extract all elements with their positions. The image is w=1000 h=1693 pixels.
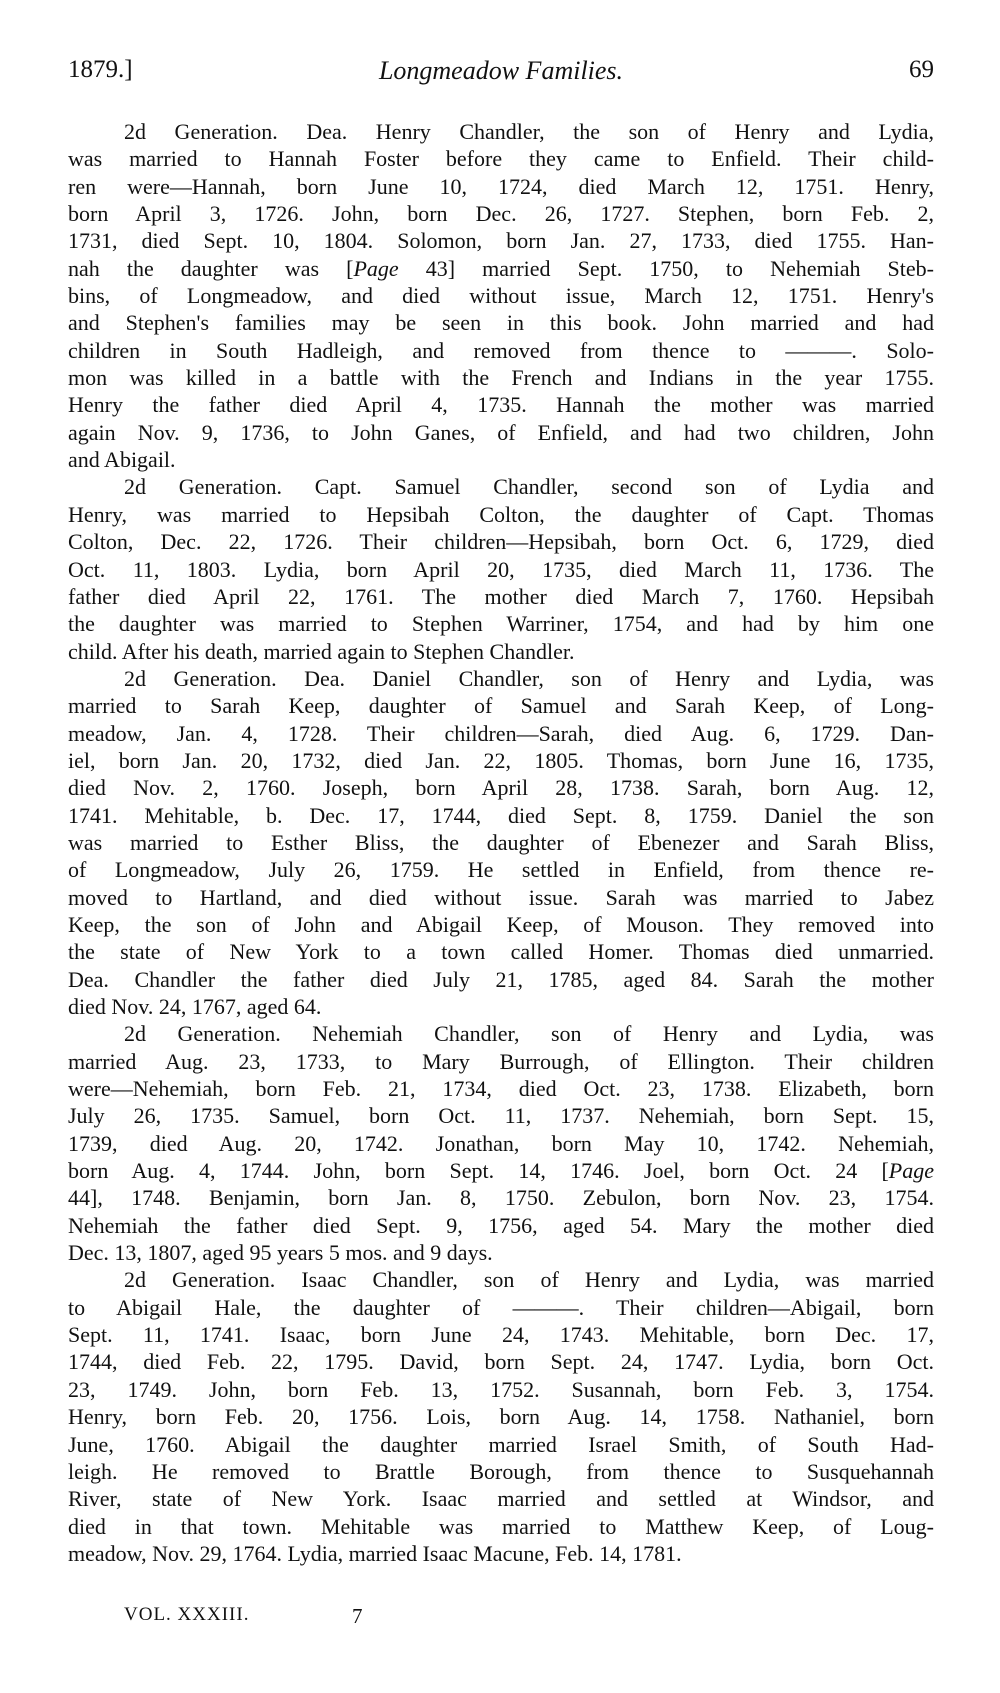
text-line-content: Henry, was married to Hepsibah Colton, t… bbox=[68, 501, 934, 528]
text-line: meadow, Nov. 29, 1764. Lydia, married Is… bbox=[68, 1540, 934, 1567]
text-line-content: born April 3, 1726. John, born Dec. 26, … bbox=[68, 200, 934, 227]
text-line: born Aug. 4, 1744. John, born Sept. 14, … bbox=[68, 1157, 934, 1184]
text-line-content: Keep, the son of John and Abigail Keep, … bbox=[68, 911, 934, 938]
text-line-content: died in that town. Mehitable was married… bbox=[68, 1513, 934, 1540]
text-line: meadow, Jan. 4, 1728. Their children—Sar… bbox=[68, 720, 934, 747]
text-line-content: meadow, Nov. 29, 1764. Lydia, married Is… bbox=[68, 1540, 934, 1567]
text-line-content: iel, born Jan. 20, 1732, died Jan. 22, 1… bbox=[68, 747, 934, 774]
text-line: of Longmeadow, July 26, 1759. He settled… bbox=[68, 856, 934, 883]
text-line: married Aug. 23, 1733, to Mary Burrough,… bbox=[68, 1048, 934, 1075]
text-line: again Nov. 9, 1736, to John Ganes, of En… bbox=[68, 419, 934, 446]
text-line-content: 1731, died Sept. 10, 1804. Solomon, born… bbox=[68, 227, 934, 254]
text-line: bins, of Longmeadow, and died without is… bbox=[68, 282, 934, 309]
text-line-content: the state of New York to a town called H… bbox=[68, 938, 934, 965]
text-line-content: and Abigail. bbox=[68, 446, 934, 473]
text-line-content: bins, of Longmeadow, and died without is… bbox=[68, 282, 934, 309]
page-number: 69 bbox=[909, 56, 934, 84]
text-line-content: 2d Generation. Dea. Daniel Chandler, son… bbox=[96, 665, 934, 692]
text-line-content: Oct. 11, 1803. Lydia, born April 20, 173… bbox=[68, 556, 934, 583]
text-line-content: 44], 1748. Benjamin, born Jan. 8, 1750. … bbox=[68, 1184, 934, 1211]
text-line: June, 1760. Abigail the daughter married… bbox=[68, 1431, 934, 1458]
text-line: father died April 22, 1761. The mother d… bbox=[68, 583, 934, 610]
text-line: 2d Generation. Isaac Chandler, son of He… bbox=[68, 1266, 934, 1293]
text-line: and Abigail. bbox=[68, 446, 934, 473]
text-line-content: father died April 22, 1761. The mother d… bbox=[68, 583, 934, 610]
text-line: 1741. Mehitable, b. Dec. 17, 1744, died … bbox=[68, 802, 934, 829]
text-line: was married to Esther Bliss, the daughte… bbox=[68, 829, 934, 856]
text-line-content: was married to Esther Bliss, the daughte… bbox=[68, 829, 934, 856]
running-header: 1879.] Longmeadow Families. 69 bbox=[68, 56, 934, 96]
text-line-content: children in South Hadleigh, and removed … bbox=[68, 337, 934, 364]
text-line: married to Sarah Keep, daughter of Samue… bbox=[68, 692, 934, 719]
text-line: Henry, born Feb. 20, 1756. Lois, born Au… bbox=[68, 1403, 934, 1430]
genealogy-paragraph: 2d Generation. Nehemiah Chandler, son of… bbox=[68, 1020, 934, 1266]
text-line-content: married Aug. 23, 1733, to Mary Burrough,… bbox=[68, 1048, 934, 1075]
text-line: Dec. 13, 1807, aged 95 years 5 mos. and … bbox=[68, 1239, 934, 1266]
text-line-content: Dec. 13, 1807, aged 95 years 5 mos. and … bbox=[68, 1239, 934, 1266]
text-line: was married to Hannah Foster before they… bbox=[68, 145, 934, 172]
text-line: ren were—Hannah, born June 10, 1724, die… bbox=[68, 173, 934, 200]
text-line: River, state of New York. Isaac married … bbox=[68, 1485, 934, 1512]
text-line: child. After his death, married again to… bbox=[68, 638, 934, 665]
text-line-content: Nehemiah the father died Sept. 9, 1756, … bbox=[68, 1212, 934, 1239]
page-body: 2d Generation. Dea. Henry Chandler, the … bbox=[68, 118, 934, 1567]
text-line-content: to Abigail Hale, the daughter of ———. Th… bbox=[68, 1294, 934, 1321]
text-line: 1739, died Aug. 20, 1742. Jonathan, born… bbox=[68, 1130, 934, 1157]
signature-number: 7 bbox=[352, 1604, 363, 1629]
text-line: 2d Generation. Dea. Henry Chandler, the … bbox=[68, 118, 934, 145]
text-line: Nehemiah the father died Sept. 9, 1756, … bbox=[68, 1212, 934, 1239]
text-line-content: ren were—Hannah, born June 10, 1724, die… bbox=[68, 173, 934, 200]
genealogy-paragraph: 2d Generation. Capt. Samuel Chandler, se… bbox=[68, 473, 934, 664]
page-reference: Page bbox=[353, 256, 398, 281]
text-line-content: Henry the father died April 4, 1735. Han… bbox=[68, 391, 934, 418]
text-line-content: meadow, Jan. 4, 1728. Their children—Sar… bbox=[68, 720, 934, 747]
genealogy-paragraph: 2d Generation. Dea. Henry Chandler, the … bbox=[68, 118, 934, 473]
text-line-content: River, state of New York. Isaac married … bbox=[68, 1485, 934, 1512]
text-line: 2d Generation. Dea. Daniel Chandler, son… bbox=[68, 665, 934, 692]
text-line-content: born Aug. 4, 1744. John, born Sept. 14, … bbox=[68, 1157, 934, 1184]
text-line-content: leigh. He removed to Brattle Borough, fr… bbox=[68, 1458, 934, 1485]
text-line-content: child. After his death, married again to… bbox=[68, 638, 934, 665]
text-line-content: 2d Generation. Isaac Chandler, son of He… bbox=[96, 1266, 934, 1293]
text-line: leigh. He removed to Brattle Borough, fr… bbox=[68, 1458, 934, 1485]
genealogy-paragraph: 2d Generation. Isaac Chandler, son of He… bbox=[68, 1266, 934, 1567]
text-line-content: and Stephen's families may be seen in th… bbox=[68, 309, 934, 336]
text-line: moved to Hartland, and died without issu… bbox=[68, 884, 934, 911]
text-line: 2d Generation. Capt. Samuel Chandler, se… bbox=[68, 473, 934, 500]
text-line: were—Nehemiah, born Feb. 21, 1734, died … bbox=[68, 1075, 934, 1102]
text-line: the state of New York to a town called H… bbox=[68, 938, 934, 965]
text-line-content: Henry, born Feb. 20, 1756. Lois, born Au… bbox=[68, 1403, 934, 1430]
text-line-content: 1744, died Feb. 22, 1795. David, born Se… bbox=[68, 1348, 934, 1375]
text-line-content: were—Nehemiah, born Feb. 21, 1734, died … bbox=[68, 1075, 934, 1102]
text-line: Dea. Chandler the father died July 21, 1… bbox=[68, 966, 934, 993]
text-line-content: 2d Generation. Capt. Samuel Chandler, se… bbox=[96, 473, 934, 500]
text-line: 1744, died Feb. 22, 1795. David, born Se… bbox=[68, 1348, 934, 1375]
text-line-content: married to Sarah Keep, daughter of Samue… bbox=[68, 692, 934, 719]
text-line: to Abigail Hale, the daughter of ———. Th… bbox=[68, 1294, 934, 1321]
text-line-content: June, 1760. Abigail the daughter married… bbox=[68, 1431, 934, 1458]
text-line: Henry, was married to Hepsibah Colton, t… bbox=[68, 501, 934, 528]
text-line: died Nov. 2, 1760. Joseph, born April 28… bbox=[68, 774, 934, 801]
text-line: Colton, Dec. 22, 1726. Their children—He… bbox=[68, 528, 934, 555]
text-line-content: Dea. Chandler the father died July 21, 1… bbox=[68, 966, 934, 993]
text-line: mon was killed in a battle with the Fren… bbox=[68, 364, 934, 391]
volume-signature: VOL. XXXIII. bbox=[124, 1604, 249, 1626]
genealogy-paragraph: 2d Generation. Dea. Daniel Chandler, son… bbox=[68, 665, 934, 1020]
text-line: nah the daughter was [Page 43] married S… bbox=[68, 255, 934, 282]
text-line: Sept. 11, 1741. Isaac, born June 24, 174… bbox=[68, 1321, 934, 1348]
text-line: died in that town. Mehitable was married… bbox=[68, 1513, 934, 1540]
text-line-content: Sept. 11, 1741. Isaac, born June 24, 174… bbox=[68, 1321, 934, 1348]
text-line: July 26, 1735. Samuel, born Oct. 11, 173… bbox=[68, 1102, 934, 1129]
text-line: the daughter was married to Stephen Warr… bbox=[68, 610, 934, 637]
running-title: Longmeadow Families. bbox=[68, 56, 934, 86]
text-line-content: again Nov. 9, 1736, to John Ganes, of En… bbox=[68, 419, 934, 446]
text-line-content: nah the daughter was [Page 43] married S… bbox=[68, 255, 934, 282]
text-line-content: of Longmeadow, July 26, 1759. He settled… bbox=[68, 856, 934, 883]
text-line: Keep, the son of John and Abigail Keep, … bbox=[68, 911, 934, 938]
text-line-content: 1739, died Aug. 20, 1742. Jonathan, born… bbox=[68, 1130, 934, 1157]
text-line: born April 3, 1726. John, born Dec. 26, … bbox=[68, 200, 934, 227]
text-line-content: Colton, Dec. 22, 1726. Their children—He… bbox=[68, 528, 934, 555]
text-line: and Stephen's families may be seen in th… bbox=[68, 309, 934, 336]
text-line-content: 2d Generation. Nehemiah Chandler, son of… bbox=[96, 1020, 934, 1047]
text-line-content: the daughter was married to Stephen Warr… bbox=[68, 610, 934, 637]
text-line-content: died Nov. 24, 1767, aged 64. bbox=[68, 993, 934, 1020]
text-line-content: July 26, 1735. Samuel, born Oct. 11, 173… bbox=[68, 1102, 934, 1129]
text-line-content: moved to Hartland, and died without issu… bbox=[68, 884, 934, 911]
text-line: children in South Hadleigh, and removed … bbox=[68, 337, 934, 364]
text-line-content: was married to Hannah Foster before they… bbox=[68, 145, 934, 172]
text-line: 2d Generation. Nehemiah Chandler, son of… bbox=[68, 1020, 934, 1047]
text-line: died Nov. 24, 1767, aged 64. bbox=[68, 993, 934, 1020]
text-line: Oct. 11, 1803. Lydia, born April 20, 173… bbox=[68, 556, 934, 583]
text-line: 23, 1749. John, born Feb. 13, 1752. Susa… bbox=[68, 1376, 934, 1403]
text-line: 1731, died Sept. 10, 1804. Solomon, born… bbox=[68, 227, 934, 254]
text-line: Henry the father died April 4, 1735. Han… bbox=[68, 391, 934, 418]
text-line-content: 23, 1749. John, born Feb. 13, 1752. Susa… bbox=[68, 1376, 934, 1403]
text-line: iel, born Jan. 20, 1732, died Jan. 22, 1… bbox=[68, 747, 934, 774]
text-line-content: 2d Generation. Dea. Henry Chandler, the … bbox=[96, 118, 934, 145]
text-line: 44], 1748. Benjamin, born Jan. 8, 1750. … bbox=[68, 1184, 934, 1211]
page-footer: VOL. XXXIII. 7 bbox=[68, 1604, 934, 1634]
text-line-content: mon was killed in a battle with the Fren… bbox=[68, 364, 934, 391]
text-line-content: died Nov. 2, 1760. Joseph, born April 28… bbox=[68, 774, 934, 801]
text-line-content: 1741. Mehitable, b. Dec. 17, 1744, died … bbox=[68, 802, 934, 829]
page-reference: Page bbox=[889, 1158, 934, 1183]
